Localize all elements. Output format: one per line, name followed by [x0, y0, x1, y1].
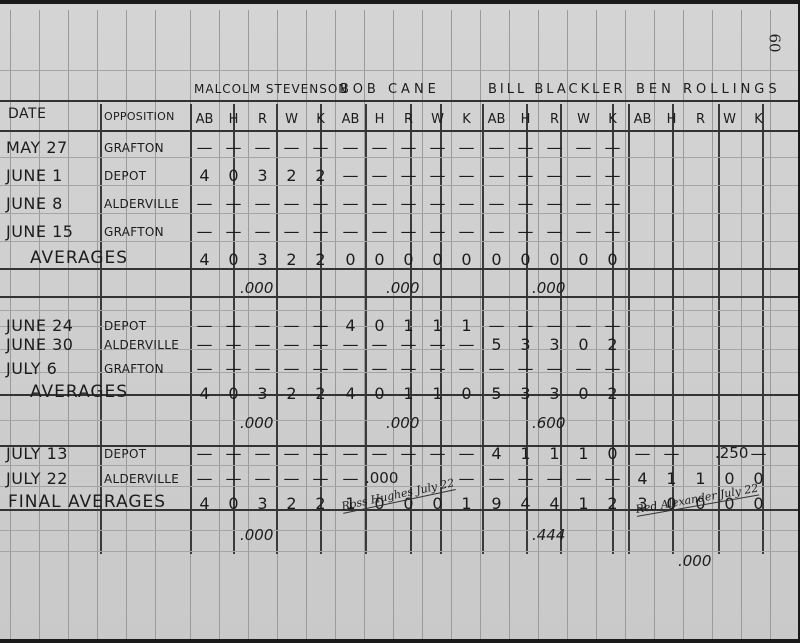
stat-cell: — — [511, 194, 540, 213]
stat-cell: — — [511, 469, 540, 488]
stat-cell: — — [190, 444, 219, 463]
stat-cell: 2 — [598, 335, 627, 354]
stat-cell: — — [423, 194, 452, 213]
date-header: DATE — [8, 106, 46, 122]
stat-cell: — — [423, 444, 452, 463]
stat-cell: 0 — [336, 250, 365, 269]
game-date: JUNE 30 — [6, 335, 73, 354]
stat-cell: — — [190, 335, 219, 354]
stat-cell: — — [306, 222, 335, 241]
stat-cell: — — [482, 194, 511, 213]
stat-cell: — — [452, 444, 481, 463]
stat-cell: — — [248, 469, 277, 488]
stat-cell: — — [365, 222, 394, 241]
stat-cell: 2 — [306, 250, 335, 269]
stat-cell: 2 — [598, 494, 627, 513]
stat-cell: 2 — [306, 494, 335, 513]
stat-cell: — — [452, 166, 481, 185]
batting-average: .000 — [240, 279, 273, 297]
stat-cell: — — [598, 166, 627, 185]
stat-cell: 0 — [394, 250, 423, 269]
stat-cell: 4 — [511, 494, 540, 513]
stat-cell: 1 — [452, 316, 481, 335]
stat-cell: 2 — [277, 494, 306, 513]
stat-cell: — — [657, 444, 686, 463]
player-name-ben-rollings: BEN ROLLINGS — [636, 82, 781, 97]
stat-cell: 0 — [365, 384, 394, 403]
stat-cell: — — [394, 359, 423, 378]
column-header-ab: AB — [336, 112, 365, 127]
stat-cell: — — [511, 138, 540, 157]
stat-cell: 2 — [277, 384, 306, 403]
stat-cell: 0 — [365, 250, 394, 269]
stat-cell: — — [306, 359, 335, 378]
stat-cell: — — [540, 469, 569, 488]
stat-cell: 5 — [482, 335, 511, 354]
stat-cell: — — [540, 194, 569, 213]
stat-cell: — — [598, 138, 627, 157]
stat-cell: — — [336, 359, 365, 378]
stat-cell: — — [569, 359, 598, 378]
column-header-r: R — [686, 112, 715, 127]
stat-cell: — — [365, 138, 394, 157]
stat-cell: — — [452, 138, 481, 157]
stat-cell: — — [336, 194, 365, 213]
stat-cell: — — [423, 138, 452, 157]
stat-cell: — — [190, 316, 219, 335]
player-name-bob-cane: BOB CANE — [340, 82, 440, 97]
stat-cell: — — [598, 222, 627, 241]
column-header-h: H — [365, 112, 394, 127]
stat-cell: — — [511, 166, 540, 185]
game-opposition: ALDERVILLE — [104, 338, 179, 352]
stat-cell: 3 — [540, 335, 569, 354]
stat-cell: — — [423, 335, 452, 354]
stat-cell: — — [190, 138, 219, 157]
stat-cell: — — [190, 359, 219, 378]
stat-cell: — — [365, 359, 394, 378]
stat-cell: 0 — [219, 250, 248, 269]
stat-cell: — — [190, 469, 219, 488]
stat-cell: — — [248, 359, 277, 378]
stat-cell: — — [277, 444, 306, 463]
stat-cell: 0 — [423, 494, 452, 513]
stat-cell: — — [452, 335, 481, 354]
stat-cell: 5 — [482, 384, 511, 403]
stat-cell: 0 — [569, 335, 598, 354]
batting-average: .000 — [386, 414, 419, 432]
stat-cell: .000 — [365, 469, 398, 487]
stat-cell: 3 — [248, 384, 277, 403]
stat-cell: — — [394, 222, 423, 241]
stat-cell: 2 — [277, 166, 306, 185]
stat-cell: — — [569, 166, 598, 185]
column-header-w: W — [423, 112, 452, 127]
stat-cell: — — [219, 194, 248, 213]
stat-cell: — — [219, 222, 248, 241]
game-date: JULY 13 — [6, 444, 68, 463]
stat-cell: 4 — [190, 494, 219, 513]
column-header-r: R — [394, 112, 423, 127]
game-opposition: ALDERVILLE — [104, 472, 179, 486]
game-date: JUNE 8 — [6, 194, 63, 213]
stat-cell: — — [511, 359, 540, 378]
stat-cell: 2 — [598, 384, 627, 403]
game-date: JUNE 24 — [6, 316, 73, 335]
page-number: 60 — [765, 33, 783, 52]
stat-cell: 1 — [540, 444, 569, 463]
stat-cell: — — [248, 316, 277, 335]
averages-label: AVERAGES — [30, 382, 128, 402]
stat-cell: — — [482, 138, 511, 157]
stat-cell: — — [394, 335, 423, 354]
stat-cell: — — [277, 469, 306, 488]
stat-cell: — — [306, 444, 335, 463]
stat-cell: — — [306, 194, 335, 213]
stat-cell: 3 — [511, 335, 540, 354]
stat-cell: — — [365, 194, 394, 213]
stat-cell: 2 — [277, 250, 306, 269]
column-header-r: R — [540, 112, 569, 127]
stat-cell: 0 — [423, 250, 452, 269]
stat-cell: 4 — [336, 316, 365, 335]
stat-cell: — — [540, 316, 569, 335]
stat-cell: — — [569, 316, 598, 335]
stat-cell: — — [277, 335, 306, 354]
stat-cell: — — [569, 469, 598, 488]
game-opposition: GRAFTON — [104, 141, 164, 155]
stat-cell: — — [219, 138, 248, 157]
stat-cell: — — [219, 359, 248, 378]
column-header-h: H — [657, 112, 686, 127]
stat-cell: — — [423, 222, 452, 241]
stat-cell: 0 — [219, 494, 248, 513]
batting-average: .000 — [678, 552, 711, 570]
stat-cell: — — [277, 138, 306, 157]
stat-cell: 1 — [423, 384, 452, 403]
stat-cell: — — [219, 444, 248, 463]
stat-cell: — — [394, 194, 423, 213]
column-header-ab: AB — [482, 112, 511, 127]
stat-cell: 3 — [248, 250, 277, 269]
game-date: JULY 6 — [6, 359, 57, 378]
stat-cell: 0 — [569, 384, 598, 403]
column-header-h: H — [219, 112, 248, 127]
stat-cell: — — [394, 138, 423, 157]
stat-cell: — — [336, 138, 365, 157]
game-date: JULY 22 — [6, 469, 68, 488]
stat-cell: — — [511, 222, 540, 241]
column-header-w: W — [715, 112, 744, 127]
stat-cell: — — [336, 444, 365, 463]
stat-cell: 3 — [511, 384, 540, 403]
opposition-header: OPPOSITION — [104, 110, 175, 123]
stat-cell: — — [540, 359, 569, 378]
column-header-ab: AB — [628, 112, 657, 127]
stat-cell: 1 — [394, 316, 423, 335]
stat-cell: — — [248, 138, 277, 157]
game-opposition: DEPOT — [104, 169, 146, 183]
averages-label: AVERAGES — [30, 248, 128, 268]
stat-cell: 4 — [190, 166, 219, 185]
stat-cell: — — [598, 469, 627, 488]
column-header-ab: AB — [190, 112, 219, 127]
stat-cell: 3 — [248, 494, 277, 513]
game-opposition: DEPOT — [104, 319, 146, 333]
stat-cell: — — [628, 444, 657, 463]
stat-cell: 9 — [482, 494, 511, 513]
stat-cell: — — [248, 444, 277, 463]
stat-cell: 1 — [569, 494, 598, 513]
stat-cell: — — [540, 138, 569, 157]
stat-cell: — — [482, 316, 511, 335]
stat-cell: — — [569, 222, 598, 241]
game-date: MAY 27 — [6, 138, 68, 157]
stat-cell: — — [598, 194, 627, 213]
stat-cell: — — [569, 138, 598, 157]
batting-average: .000 — [386, 279, 419, 297]
stat-cell: 4 — [336, 384, 365, 403]
stat-cell: 0 — [482, 250, 511, 269]
averages-label: FINAL AVERAGES — [8, 492, 166, 512]
stat-cell: — — [452, 222, 481, 241]
game-date: JUNE 15 — [6, 222, 73, 241]
column-header-k: K — [306, 112, 335, 127]
stat-cell: — — [277, 316, 306, 335]
stat-cell: — — [482, 166, 511, 185]
column-header-h: H — [511, 112, 540, 127]
stat-cell: 0 — [511, 250, 540, 269]
column-header-k: K — [744, 112, 773, 127]
stat-cell: — — [452, 194, 481, 213]
stat-cell: 3 — [248, 166, 277, 185]
stat-cell: — — [365, 444, 394, 463]
stat-cell: 1 — [423, 316, 452, 335]
stat-cell: — — [569, 194, 598, 213]
stat-cell: 1 — [686, 469, 715, 488]
game-opposition: GRAFTON — [104, 225, 164, 239]
stat-cell: — — [540, 166, 569, 185]
stat-cell: — — [482, 222, 511, 241]
stat-cell: — — [219, 335, 248, 354]
stat-cell: — — [306, 316, 335, 335]
stat-cell: — — [394, 166, 423, 185]
stat-cell: — — [540, 222, 569, 241]
stat-cell: 0 — [452, 384, 481, 403]
stat-cell: 0 — [569, 250, 598, 269]
stat-cell: — — [336, 469, 365, 488]
stat-cell: 4 — [540, 494, 569, 513]
stat-cell: — — [190, 194, 219, 213]
stat-cell: — — [190, 222, 219, 241]
stat-cell: 1 — [657, 469, 686, 488]
batting-average: .000 — [240, 526, 273, 544]
batting-average: .000 — [532, 279, 565, 297]
game-opposition: GRAFTON — [104, 362, 164, 376]
stat-cell: 4 — [190, 384, 219, 403]
stat-cell: 2 — [306, 384, 335, 403]
column-header-w: W — [569, 112, 598, 127]
stat-cell: — — [306, 335, 335, 354]
stat-cell: — — [452, 359, 481, 378]
stat-cell: — — [277, 359, 306, 378]
stat-cell: 1 — [569, 444, 598, 463]
stat-cell: — — [598, 359, 627, 378]
stat-cell: — — [598, 316, 627, 335]
stat-cell: 0 — [365, 316, 394, 335]
stat-cell: 3 — [540, 384, 569, 403]
stat-cell: 0 — [452, 250, 481, 269]
stat-cell: — — [744, 444, 773, 463]
stat-cell: — — [423, 359, 452, 378]
stat-cell: — — [336, 166, 365, 185]
stat-cell: — — [482, 469, 511, 488]
stat-cell: — — [336, 222, 365, 241]
stat-cell: 4 — [482, 444, 511, 463]
stat-cell: — — [365, 335, 394, 354]
stat-cell: 1 — [394, 384, 423, 403]
stat-cell: — — [423, 166, 452, 185]
stat-cell: 0 — [598, 444, 627, 463]
game-date: JUNE 1 — [6, 166, 63, 185]
stat-cell: 1 — [511, 444, 540, 463]
stat-cell: — — [219, 316, 248, 335]
game-opposition: ALDERVILLE — [104, 197, 179, 211]
stat-cell: — — [452, 469, 481, 488]
batting-average: .444 — [532, 526, 565, 544]
ledger-page: 60 DATE OPPOSITION MALCOLM STEVENSON BOB… — [0, 4, 798, 639]
stat-cell: — — [365, 166, 394, 185]
stat-cell: — — [482, 359, 511, 378]
stat-cell: — — [306, 469, 335, 488]
stat-cell: 2 — [306, 166, 335, 185]
stat-cell: 1 — [452, 494, 481, 513]
stat-cell: — — [277, 194, 306, 213]
stat-cell: 0 — [219, 166, 248, 185]
column-header-w: W — [277, 112, 306, 127]
stat-cell: — — [248, 222, 277, 241]
stat-cell: 0 — [598, 250, 627, 269]
batting-average: .000 — [240, 414, 273, 432]
player-name-malcolm-stevenson: MALCOLM STEVENSON — [194, 82, 348, 96]
stat-cell: 4 — [190, 250, 219, 269]
stat-cell: 0 — [540, 250, 569, 269]
stat-cell: — — [336, 335, 365, 354]
stat-cell: — — [219, 469, 248, 488]
player-name-bill-blackler: BILL BLACKLER — [488, 82, 626, 97]
column-header-k: K — [452, 112, 481, 127]
stat-cell: — — [248, 194, 277, 213]
stat-cell: 0 — [219, 384, 248, 403]
stat-cell: — — [306, 138, 335, 157]
stat-cell: — — [277, 222, 306, 241]
column-header-k: K — [598, 112, 627, 127]
stat-cell: — — [394, 444, 423, 463]
batting-average: .600 — [532, 414, 565, 432]
game-opposition: DEPOT — [104, 447, 146, 461]
stat-cell: — — [511, 316, 540, 335]
column-header-r: R — [248, 112, 277, 127]
stat-cell: 4 — [628, 469, 657, 488]
stat-cell: — — [248, 335, 277, 354]
